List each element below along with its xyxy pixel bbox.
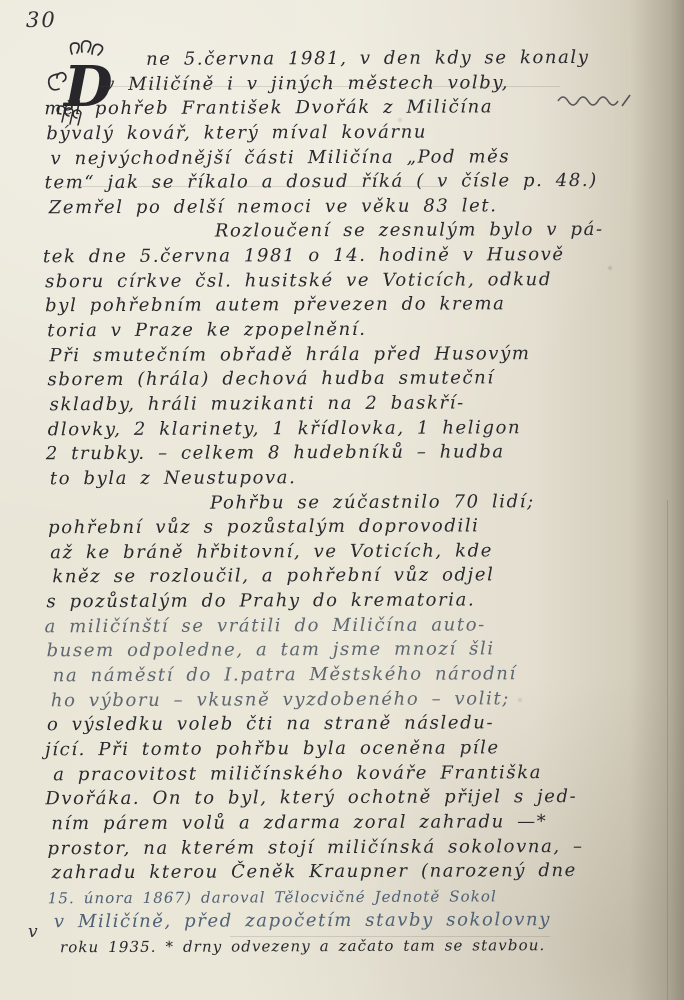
manuscript-page: 30 D ne 5.června 1981, v den kdy se kona… [0,0,684,1000]
paper-crease [667,500,668,1000]
manuscript-line: to byla z Neustupova. [44,464,684,491]
scribble-correction [556,92,636,110]
manuscript-line: ne 5.června 1981, v den kdy se konaly [42,46,682,73]
manuscript-line: bývalý kovář, který míval kovárnu [42,119,682,146]
manuscript-line: skladby, hráli muzikanti na 2 baskří- [44,390,684,417]
manuscript-line: toria v Praze ke zpopelnění. [43,317,683,344]
margin-mark: v [28,922,38,942]
manuscript-line: pohřební vůz s pozůstalým doprovodili [44,514,684,541]
manuscript-line: v nejvýchodnější části Miličína „Pod měs [42,144,682,171]
manuscript-line: až ke bráně hřbitovní, ve Voticích, kde [44,538,684,565]
manuscript-line: ním párem volů a zdarma zoral zahradu —* [45,809,684,836]
manuscript-line: Zemřel po delší nemoci ve věku 83 let. [43,193,683,220]
manuscript-line: a miličínští se vrátili do Miličína auto… [44,612,684,639]
manuscript-line: jící. Při tomto pohřbu byla oceněna píle [45,735,684,762]
manuscript-line: Rozloučení se zesnulým bylo v pá- [43,218,683,245]
manuscript-line: 2 trubky. – celkem 8 hudebníků – hudba [44,440,684,467]
manuscript-line: ho výboru – vkusně vyzdobeného – volit; [45,686,684,713]
manuscript-line: a pracovitost miličínského kováře Franti… [45,760,684,787]
manuscript-line: prostor, na kterém stojí miličínská soko… [45,834,684,861]
manuscript-line: byl pohřebním autem převezen do krema [43,292,683,319]
manuscript-line: Dvořáka. On to byl, který ochotně přijel… [45,785,684,812]
manuscript-line: o výsledku voleb čti na straně následu- [45,711,684,738]
manuscript-line: Při smutečním obřadě hrála před Husovým [43,341,683,368]
manuscript-text: ne 5.června 1981, v den kdy se konaly v … [0,0,684,1000]
manuscript-line: 15. února 1867) daroval Tělocvičné Jedno… [46,883,684,910]
pencil-guideline [230,936,550,937]
pencil-guideline [60,186,440,187]
manuscript-line: sboru církve čsl. husitské ve Voticích, … [43,267,683,294]
manuscript-line: dlovky, 2 klarinety, 1 křídlovka, 1 heli… [44,415,684,442]
manuscript-line: zahradu kterou Čeněk Kraupner (narozený … [46,859,684,886]
manuscript-line: v Miličíně, před započetím stavby sokolo… [46,908,684,935]
manuscript-line: s pozůstalým do Prahy do krematoria. [44,588,684,615]
manuscript-line: tek dne 5.června 1981 o 14. hodině v Hus… [43,243,683,270]
manuscript-line: kněz se rozloučil, a pohřební vůz odjel [44,563,684,590]
manuscript-line: tem“ jak se říkalo a dosud říká ( v čísl… [43,169,683,196]
manuscript-line: sborem (hrála) dechová hudba smuteční [43,366,683,393]
pencil-guideline [100,86,560,87]
manuscript-line: Pohřbu se zúčastnilo 70 lidí; [44,489,684,516]
manuscript-line: busem odpoledne, a tam jsme mnozí šli [45,637,684,664]
manuscript-line: na náměstí do I.patra Městského národní [45,662,684,689]
